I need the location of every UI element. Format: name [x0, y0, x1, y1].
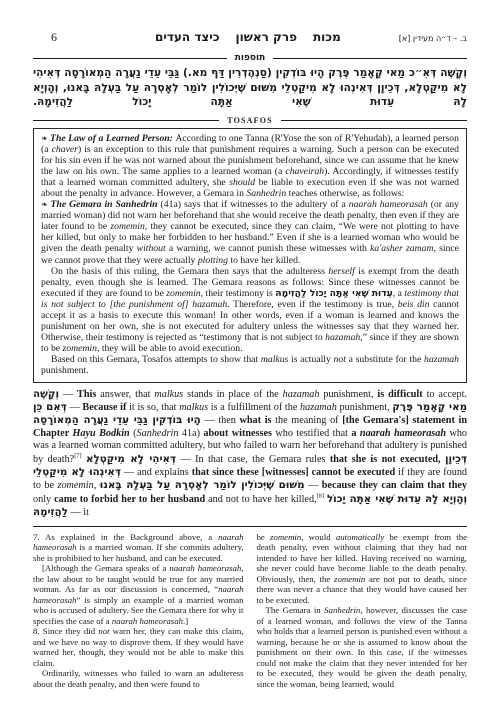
footnote-7: 7. As explained in the Background above,…: [33, 532, 244, 564]
tosafos-hebrew-header: תוספות: [33, 53, 467, 63]
footnote-8-continuation: Ordinarily, witnesses who failed to warn…: [33, 668, 244, 689]
text-segment: should: [229, 177, 255, 188]
footnote-8: 8. Since they did not warn her, they can…: [33, 626, 244, 668]
text-segment: 41a): [178, 428, 203, 439]
text-segment: Based on this Gemara, Tosafos attempts t…: [51, 354, 261, 365]
text-segment: — it: [68, 507, 89, 518]
text-segment: —: [67, 402, 83, 413]
text-segment: , they will be able to avoid execution.: [97, 343, 243, 354]
divider-line: [33, 120, 219, 121]
text-segment: . Therefore, even if the testimony is tr…: [227, 299, 398, 310]
text-segment: מִשּׁוּם שֶׁיְּכוֹלִין לוֹמַר לְאָסְרָהּ…: [100, 479, 305, 491]
text-segment: because they can claim that they: [322, 480, 467, 491]
text-segment: [Although the Gemara speaks of a: [42, 563, 169, 573]
text-segment: about witnesses: [203, 428, 272, 439]
text-segment: , however, discusses the case of a learn…: [257, 605, 468, 689]
text-segment: This: [77, 389, 96, 400]
text-segment: Because if: [82, 402, 126, 413]
text-segment: The Law of a Learned Person:: [50, 133, 175, 144]
text-segment: (: [130, 428, 137, 439]
footnotes-right-column: be zomemin, would automatically be exemp…: [257, 532, 468, 690]
text-segment: what is: [240, 415, 272, 426]
text-segment: without: [137, 243, 166, 254]
perek-number: פרק ראשון: [236, 30, 297, 44]
text-segment: automatically: [336, 532, 384, 542]
text-segment: , their testimony is: [201, 288, 276, 299]
box-paragraph-law-of-learned-person: ❧ The Law of a Learned Person: According…: [41, 133, 459, 200]
text-segment: Hayu Bodkin: [72, 428, 129, 439]
talmud-page: 6 מכות פרק ראשון כיצד העדים ב. – ד״ה מעי…: [0, 0, 500, 714]
text-segment: malkus: [179, 402, 208, 413]
text-segment: zomemin: [334, 574, 365, 584]
text-segment: stands in place of the: [183, 389, 282, 400]
text-segment: came to forbid her to her husband: [54, 494, 205, 505]
text-segment: not: [98, 626, 109, 636]
text-segment: only: [33, 494, 54, 505]
perek-name: כיצד העדים: [155, 30, 220, 44]
tosafos-hebrew-text: וְקָשֶׁה דְּאִ״כ מַאי קָאָמַר פֶּרֶק הָי…: [33, 66, 467, 110]
text-segment: that she is not executed,: [330, 454, 441, 465]
box-paragraph-conclusion: Based on this Gemara, Tosafos attempts t…: [41, 354, 459, 376]
text-segment: teaches otherwise, as follows:: [286, 188, 404, 199]
tosafos-translation-paragraph: וְקָשֶׁה — This answer, that malkus stan…: [33, 388, 467, 520]
text-segment: naarah hameorasah: [349, 199, 428, 210]
text-segment: hazamah: [300, 402, 337, 413]
tosafos-english-header-label: TOSAFOS: [227, 116, 273, 125]
text-segment: naarah hameorasah: [360, 428, 446, 439]
text-segment: zomemin: [63, 343, 97, 354]
text-segment: answer, that: [96, 389, 154, 400]
text-segment: plotting: [198, 255, 228, 266]
daf-reference: ב. – ד״ה מעידין [א]: [399, 34, 467, 43]
text-segment: malkus: [261, 354, 288, 365]
text-segment: וְקָשֶׁה: [33, 388, 59, 400]
text-segment: ka'asher zamam: [370, 243, 433, 254]
text-segment: who testified that: [272, 428, 351, 439]
text-segment: beis din: [398, 299, 430, 310]
text-segment: it is so, that: [126, 402, 179, 413]
page-header-titles: מכות פרק ראשון כיצד העדים: [97, 30, 399, 44]
text-segment: to accept.: [423, 389, 467, 400]
text-segment: be: [257, 532, 271, 542]
divider-line: [273, 58, 467, 59]
text-segment: zomemin: [110, 221, 144, 232]
text-segment: is difficult: [377, 389, 422, 400]
text-segment: On the basis of this ruling, the Gemara …: [51, 266, 328, 277]
text-segment: herself: [328, 266, 354, 277]
text-segment: chaveirah: [285, 166, 324, 177]
text-segment: hazamah: [424, 354, 459, 365]
divider-line: [33, 58, 227, 59]
text-segment: The Gemara in: [266, 605, 325, 615]
text-segment: Ordinarily, witnesses who failed to warn…: [33, 668, 244, 689]
text-segment: , a: [393, 288, 405, 299]
text-segment: [8]: [317, 492, 324, 499]
footnotes-section: 7. As explained in the Background above,…: [33, 532, 467, 690]
text-segment: naarah hameorasah: [112, 616, 183, 626]
text-segment: (41a) says that if witnesses to the adul…: [158, 199, 349, 210]
text-segment: malkus: [154, 389, 183, 400]
text-segment: chaver: [52, 144, 78, 155]
text-segment: —: [59, 389, 77, 400]
footnote-8-continuation-2: be zomemin, would automatically be exemp…: [257, 532, 468, 606]
section-leaf-icon: ❧: [41, 200, 51, 209]
text-segment: and not to have her killed,: [205, 494, 316, 505]
text-segment: — In that case, the Gemara rules: [176, 454, 330, 465]
text-segment: Sanhedrin: [324, 605, 360, 615]
page-header: 6 מכות פרק ראשון כיצד העדים ב. – ד״ה מעי…: [33, 30, 467, 47]
footnote-7-continuation: [Although the Gemara speaks of a naarah …: [33, 563, 244, 626]
text-segment: a: [351, 428, 360, 439]
footnote-8-continuation-3: The Gemara in Sanhedrin, however, discus…: [257, 605, 468, 689]
tosafos-english-header: TOSAFOS: [33, 116, 467, 125]
text-segment: is actually: [288, 354, 333, 365]
text-segment: the meaning of: [272, 415, 343, 426]
text-segment: , would: [301, 532, 336, 542]
text-segment: .]: [183, 616, 188, 626]
text-segment: Sanhedrin: [137, 428, 179, 439]
text-segment: The Gemara in Sanhedrin: [51, 199, 158, 210]
text-segment: [7]: [74, 452, 81, 459]
text-segment: zomemin: [166, 288, 200, 299]
section-leaf-icon: ❧: [41, 134, 50, 143]
box-paragraph-ruling-basis: On the basis of this ruling, the Gemara …: [41, 266, 459, 355]
text-segment: a warning, we cannot punish these witnes…: [166, 243, 370, 254]
tosafos-intro-box: ❧ The Law of a Learned Person: According…: [33, 128, 467, 383]
page-number: 6: [33, 30, 97, 45]
divider-line: [281, 120, 467, 121]
text-segment: punishment,: [319, 389, 377, 400]
text-segment: 7. As explained in the Background above,…: [33, 532, 218, 542]
footnotes-divider: [33, 526, 467, 527]
text-segment: דְּאִם כֵּן: [33, 401, 67, 413]
tosafos-hebrew-header-label: תוספות: [235, 53, 266, 63]
text-segment: punishment,: [337, 402, 392, 413]
text-segment: —: [305, 480, 322, 491]
text-segment: punishment.: [41, 365, 89, 376]
text-segment: דְּאִיהִי לָא מִיקַטְלָא: [86, 453, 176, 465]
text-segment: naarah hameorasah: [169, 563, 241, 573]
text-segment: hazamah: [283, 389, 320, 400]
text-segment: to have her killed.: [228, 255, 300, 266]
masechta-title: מכות: [313, 30, 341, 44]
box-paragraph-gemara-in-sanhedrin: ❧ The Gemara in Sanhedrin (41a) says tha…: [41, 199, 459, 266]
text-segment: a substitute for the: [346, 354, 424, 365]
text-segment: zomemin: [270, 532, 301, 542]
text-segment: — and explains: [121, 467, 192, 478]
text-segment: Sanhedrin: [246, 188, 286, 199]
text-segment: is a fulfillment of the: [208, 402, 300, 413]
text-segment: that since these [witnesses] cannot be e…: [192, 467, 395, 478]
footnotes-left-column: 7. As explained in the Background above,…: [33, 532, 244, 690]
text-segment: zomemin: [57, 480, 93, 491]
text-segment: hazamah: [325, 332, 360, 343]
text-segment: עֵדוּת שֶׁאִי אַתָּה יָכוֹל לַהֲזִימָהּ: [275, 288, 392, 299]
text-segment: not: [334, 354, 346, 365]
text-segment: — then: [201, 415, 240, 426]
text-segment: 8. Since they did: [33, 626, 98, 636]
